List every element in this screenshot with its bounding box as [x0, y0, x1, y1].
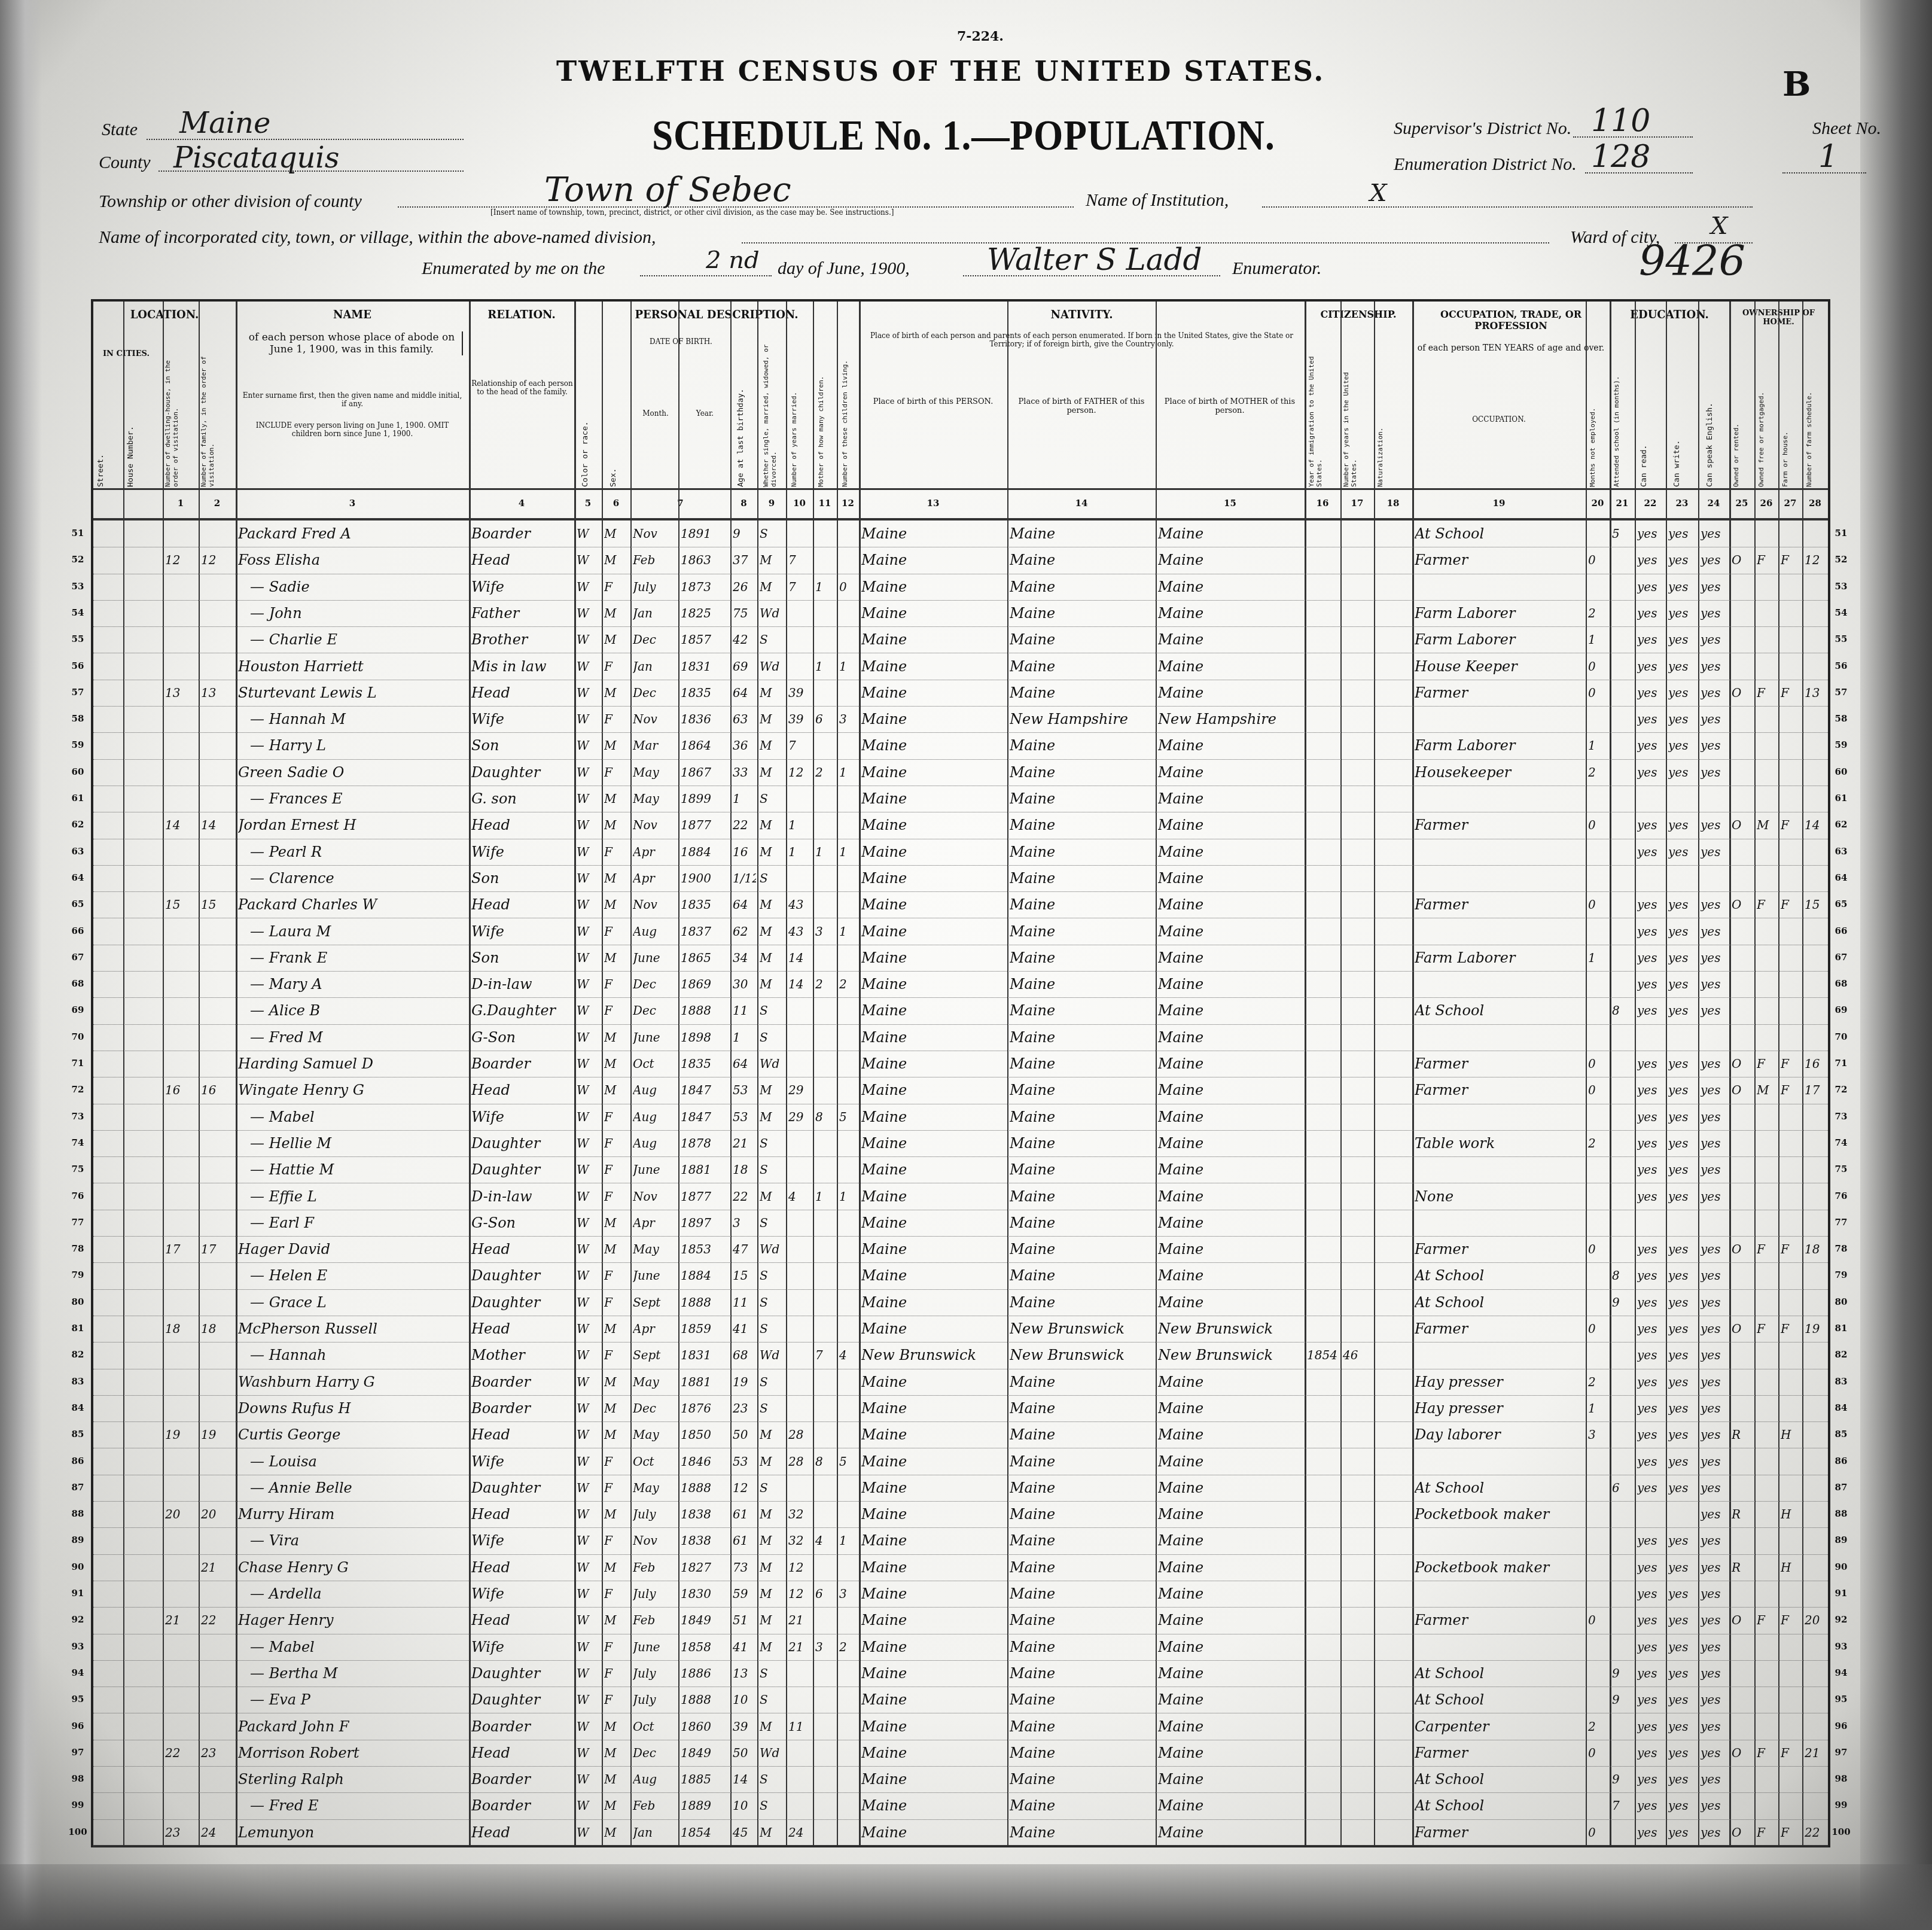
cell-school: 9 [1612, 1687, 1634, 1713]
cell-month: Dec [633, 626, 677, 653]
cell-occupation: At School [1415, 1660, 1584, 1687]
cell-father: Maine [1010, 1554, 1154, 1581]
cell-yrs-married: 7 [788, 574, 812, 600]
state-label: State [102, 120, 138, 140]
cell-mother: Maine [1158, 1740, 1303, 1766]
cell-color: W [577, 1448, 601, 1475]
header-naturalization: Naturalization. [1376, 349, 1384, 487]
cell-speak: yes [1701, 1634, 1728, 1660]
line-number: 85 [1829, 1429, 1853, 1439]
cell-write: yes [1668, 1421, 1697, 1448]
header-age: Age at last birthday. [736, 337, 745, 487]
cell-father: Maine [1010, 1660, 1154, 1687]
cell-sex: M [604, 1395, 629, 1421]
table-row: Harding Samuel DBoarderWMOct183564WdMain… [93, 1051, 1828, 1077]
cell-marital: S [760, 786, 785, 812]
cell-relation: Wife [471, 1581, 573, 1607]
cell-read: yes [1637, 891, 1665, 918]
cell-write: yes [1668, 1077, 1697, 1103]
line-number: 61 [66, 793, 90, 803]
cell-mother-of: 6 [815, 1581, 836, 1607]
cell-year: 1900 [681, 865, 729, 891]
cell-month: Nov [633, 1527, 677, 1554]
header-location: LOCATION. [93, 309, 236, 321]
header-street: Street. [96, 367, 105, 487]
cell-year: 1863 [681, 547, 729, 573]
cell-relation: Boarder [471, 1713, 573, 1740]
cell-farm: H [1781, 1554, 1801, 1581]
cell-relation: Wife [471, 1104, 573, 1130]
cell-father: Maine [1010, 1687, 1154, 1713]
cell-age: 64 [733, 891, 756, 918]
cell-living: 5 [839, 1104, 858, 1130]
cell-marital: S [760, 1210, 785, 1236]
cell-relation: Head [471, 1316, 573, 1342]
line-number: 55 [66, 634, 90, 644]
line-number: 70 [1829, 1031, 1853, 1042]
table-row: — SadieWifeWFJuly187326M710MaineMaineMai… [93, 574, 1828, 601]
cell-dwelling: 17 [165, 1236, 197, 1262]
table-row: — ArdellaWifeWFJuly183059M1263MaineMaine… [93, 1581, 1828, 1608]
cell-birth: Maine [861, 1527, 1006, 1554]
cell-occupation: Farmer [1415, 547, 1584, 573]
population-schedule-table: LOCATION. IN CITIES. NAME of each person… [91, 299, 1830, 1847]
table-row: — Annie BelleDaughterWFMay188812SMaineMa… [93, 1475, 1828, 1502]
cell-age: 42 [733, 626, 756, 653]
line-number: 96 [1829, 1721, 1853, 1731]
cell-month: Jan [633, 653, 677, 680]
cell-year: 1830 [681, 1581, 729, 1607]
header-sex: Sex. [609, 367, 618, 487]
cell-relation: Head [471, 1501, 573, 1527]
cell-color: W [577, 1819, 601, 1846]
cell-birth: Maine [861, 1024, 1006, 1051]
cell-speak: yes [1701, 971, 1728, 997]
cell-mother: Maine [1158, 759, 1303, 786]
cell-write: yes [1668, 891, 1697, 918]
line-number: 59 [66, 739, 90, 750]
cell-occupation: House Keeper [1415, 653, 1584, 680]
table-row: Packard Fred ABoarderWMNov18919SMaineMai… [93, 520, 1828, 547]
cell-read: yes [1637, 600, 1665, 626]
cell-sex: M [604, 1792, 629, 1819]
cell-mother: Maine [1158, 1051, 1303, 1077]
line-number: 67 [66, 952, 90, 963]
cell-read: yes [1637, 520, 1665, 547]
table-row: — ClarenceSonWMApr19001/12SMaineMaineMai… [93, 865, 1828, 892]
cell-dwelling: 18 [165, 1316, 197, 1342]
cell-relation: Daughter [471, 1156, 573, 1183]
cell-month: Aug [633, 1766, 677, 1792]
cell-write: yes [1668, 1687, 1697, 1713]
cell-marital: S [760, 865, 785, 891]
cell-father: Maine [1010, 918, 1154, 945]
cell-relation: Boarder [471, 1395, 573, 1421]
cell-marital: M [760, 1448, 785, 1475]
table-row: Houston HarriettMis in lawWFJan183169Wd1… [93, 653, 1828, 680]
cell-sex: F [604, 1527, 629, 1554]
cell-dwelling: 14 [165, 812, 197, 838]
cell-name: Jordan Ernest H [238, 812, 468, 838]
cell-name: — Ardella [238, 1581, 480, 1607]
cell-mother: Maine [1158, 1104, 1303, 1130]
cell-farm: F [1781, 1607, 1801, 1633]
cell-marital: M [760, 971, 785, 997]
cell-sex: M [604, 1369, 629, 1395]
cell-year: 1867 [681, 759, 729, 786]
cell-mother-of: 3 [815, 1634, 836, 1660]
cell-family: 20 [201, 1501, 234, 1527]
cell-age: 73 [733, 1554, 756, 1581]
cell-name: — Clarence [238, 865, 480, 891]
cell-unemployed: 2 [1588, 600, 1608, 626]
cell-age: 12 [733, 1475, 756, 1501]
cell-mother: Maine [1158, 1501, 1303, 1527]
cell-living: 3 [839, 706, 858, 732]
line-number: 83 [1829, 1376, 1853, 1387]
cell-sex: M [604, 600, 629, 626]
column-number: 26 [1754, 498, 1778, 509]
column-number: 11 [813, 498, 837, 509]
cell-mother: Maine [1158, 1369, 1303, 1395]
cell-color: W [577, 1077, 601, 1103]
cell-unemployed: 0 [1588, 812, 1608, 838]
cell-free: F [1757, 547, 1777, 573]
cell-speak: yes [1701, 1104, 1728, 1130]
cell-month: Aug [633, 918, 677, 945]
cell-sex: M [604, 1501, 629, 1527]
cell-name: — Grace L [238, 1289, 480, 1316]
cell-speak: yes [1701, 1236, 1728, 1262]
cell-living: 2 [839, 971, 858, 997]
cell-speak: yes [1701, 1342, 1728, 1368]
cell-read: yes [1637, 626, 1665, 653]
cell-birth: Maine [861, 626, 1006, 653]
cell-dwelling: 21 [165, 1607, 197, 1633]
cell-write: yes [1668, 1369, 1697, 1395]
cell-father: New Hampshire [1010, 706, 1154, 732]
cell-sched: 17 [1805, 1077, 1827, 1103]
header-years-in-us: Number of years in the United States. [1342, 349, 1358, 487]
cell-year: 1898 [681, 1024, 729, 1051]
header-birth-mother: Place of birth of MOTHER of this person. [1156, 397, 1304, 415]
cell-mother: Maine [1158, 865, 1303, 891]
cell-mother: Maine [1158, 891, 1303, 918]
cell-occupation: At School [1415, 520, 1584, 547]
cell-name: — Mabel [238, 1104, 480, 1130]
cell-name: — John [238, 600, 480, 626]
cell-marital: S [760, 1660, 785, 1687]
cell-age: 22 [733, 812, 756, 838]
cell-unemployed: 0 [1588, 1740, 1608, 1766]
cell-father: Maine [1010, 1634, 1154, 1660]
cell-name: — Mary A [238, 971, 480, 997]
cell-family: 24 [201, 1819, 234, 1846]
cell-relation: Wife [471, 1634, 573, 1660]
cell-sex: M [604, 1077, 629, 1103]
column-number: 22 [1635, 498, 1666, 509]
header-education: EDUCATION. [1610, 309, 1729, 321]
cell-name: Wingate Henry G [238, 1077, 468, 1103]
cell-yrs-us: 46 [1343, 1342, 1373, 1368]
table-row: — Frank ESonWMJune186534M14MaineMaineMai… [93, 945, 1828, 972]
cell-year: 1878 [681, 1130, 729, 1156]
cell-speak: yes [1701, 1766, 1728, 1792]
cell-year: 1858 [681, 1634, 729, 1660]
cell-month: Dec [633, 680, 677, 706]
cell-color: W [577, 1713, 601, 1740]
cell-read: yes [1637, 1687, 1665, 1713]
cell-free: F [1757, 1607, 1777, 1633]
cell-father: Maine [1010, 891, 1154, 918]
cell-speak: yes [1701, 1077, 1728, 1103]
cell-birth: Maine [861, 1236, 1006, 1262]
cell-month: Oct [633, 1051, 677, 1077]
cell-month: Apr [633, 865, 677, 891]
table-row: — Alice BG.DaughterWFDec188811SMaineMain… [93, 997, 1828, 1024]
cell-month: June [633, 1156, 677, 1183]
cell-yrs-married: 39 [788, 706, 812, 732]
table-row: 1919Curtis GeorgeHeadWMMay185050M28Maine… [93, 1421, 1828, 1448]
cell-read: yes [1637, 1554, 1665, 1581]
line-number: 54 [66, 607, 90, 618]
cell-age: 16 [733, 839, 756, 865]
cell-occupation: Farmer [1415, 1316, 1584, 1342]
cell-mother: Maine [1158, 918, 1303, 945]
cell-color: W [577, 865, 601, 891]
cell-age: 33 [733, 759, 756, 786]
cell-father: Maine [1010, 812, 1154, 838]
cell-birth: Maine [861, 1130, 1006, 1156]
cell-marital: M [760, 732, 785, 759]
line-number: 58 [66, 713, 90, 724]
cell-unemployed: 1 [1588, 626, 1608, 653]
cell-write: yes [1668, 1156, 1697, 1183]
header-occupation-desc: of each person TEN YEARS of age and over… [1415, 343, 1607, 353]
cell-occupation: Farmer [1415, 1740, 1584, 1766]
cell-name: McPherson Russell [238, 1316, 468, 1342]
line-number: 75 [66, 1164, 90, 1174]
cell-mother: Maine [1158, 680, 1303, 706]
column-number: 2 [199, 498, 236, 509]
header-months-unemployed: Months not employed. [1589, 361, 1596, 487]
header-immigration-year: Year of immigration to the United States… [1308, 349, 1323, 487]
table-row: — MabelWifeWFJune185841M2132MaineMaineMa… [93, 1634, 1828, 1661]
cell-sex: M [604, 1236, 629, 1262]
cell-year: 1827 [681, 1554, 729, 1581]
cell-marital: S [760, 1395, 785, 1421]
line-number: 95 [1829, 1694, 1853, 1704]
cell-mother: Maine [1158, 1634, 1303, 1660]
cell-marital: M [760, 706, 785, 732]
cell-read: yes [1637, 1581, 1665, 1607]
cell-sex: F [604, 839, 629, 865]
cell-marital: S [760, 1024, 785, 1051]
cell-month: July [633, 574, 677, 600]
header-nativity-desc: Place of birth of each person and parent… [865, 331, 1299, 348]
cell-sex: F [604, 706, 629, 732]
cell-name: — Hattie M [238, 1156, 480, 1183]
cell-age: 26 [733, 574, 756, 600]
cell-father: Maine [1010, 732, 1154, 759]
enumerated-day: 2 nd [706, 246, 760, 274]
cell-sex: M [604, 1819, 629, 1846]
incorporated-label: Name of incorporated city, town, or vill… [99, 227, 656, 248]
cell-relation: Brother [471, 626, 573, 653]
cell-mother-of: 6 [815, 706, 836, 732]
line-number: 84 [66, 1402, 90, 1413]
cell-occupation: At School [1415, 1687, 1584, 1713]
column-number: 13 [859, 498, 1007, 509]
cell-speak: yes [1701, 1554, 1728, 1581]
cell-mother: Maine [1158, 732, 1303, 759]
cell-speak: yes [1701, 680, 1728, 706]
cell-month: May [633, 786, 677, 812]
cell-relation: Daughter [471, 1660, 573, 1687]
table-row: 2324LemunyonHeadWMJan185445M24MaineMaine… [93, 1819, 1828, 1846]
cell-occupation: Farmer [1415, 1051, 1584, 1077]
cell-mother: Maine [1158, 1475, 1303, 1501]
cell-own: R [1732, 1421, 1753, 1448]
table-row: 1414Jordan Ernest HHeadWMNov187722M1Main… [93, 812, 1828, 839]
cell-read: yes [1637, 1262, 1665, 1289]
cell-occupation: At School [1415, 1475, 1584, 1501]
cell-unemployed: 2 [1588, 1369, 1608, 1395]
cell-year: 1835 [681, 1051, 729, 1077]
cell-father: Maine [1010, 1713, 1154, 1740]
cell-year: 1825 [681, 600, 729, 626]
cell-name: Downs Rufus H [238, 1395, 468, 1421]
cell-marital: M [760, 1183, 785, 1210]
cell-occupation: Farmer [1415, 680, 1584, 706]
cell-relation: Head [471, 812, 573, 838]
cell-name: Lemunyon [238, 1819, 468, 1846]
line-number: 66 [1829, 926, 1853, 936]
cell-birth: Maine [861, 918, 1006, 945]
cell-sex: F [604, 1156, 629, 1183]
cell-school: 7 [1612, 1792, 1634, 1819]
cell-father: Maine [1010, 1475, 1154, 1501]
cell-age: 15 [733, 1262, 756, 1289]
cell-speak: yes [1701, 1740, 1728, 1766]
cell-free: M [1757, 812, 1777, 838]
cell-yrs-married: 29 [788, 1104, 812, 1130]
cell-read: yes [1637, 1289, 1665, 1316]
line-number: 63 [1829, 846, 1853, 857]
cell-write: yes [1668, 1554, 1697, 1581]
cell-write: yes [1668, 1236, 1697, 1262]
cell-mother: New Brunswick [1158, 1316, 1303, 1342]
cell-name: Packard John F [238, 1713, 468, 1740]
cell-occupation: Farm Laborer [1415, 945, 1584, 971]
header-personal-description: PERSONAL DESCRIPTION. [574, 309, 859, 321]
cell-yrs-married: 12 [788, 1581, 812, 1607]
line-number: 88 [66, 1508, 90, 1519]
line-number: 84 [1829, 1402, 1853, 1413]
cell-month: Oct [633, 1713, 677, 1740]
header-in-cities: IN CITIES. [93, 349, 159, 358]
table-row: Downs Rufus HBoarderWMDec187623SMaineMai… [93, 1395, 1828, 1422]
table-row: — Pearl RWifeWFApr188416M111MaineMaineMa… [93, 839, 1828, 866]
cell-marital: M [760, 945, 785, 971]
header-birth-person: Place of birth of this PERSON. [859, 397, 1007, 406]
cell-speak: yes [1701, 1051, 1728, 1077]
institution-line [1262, 206, 1753, 208]
header-dwelling: Number of dwelling-house, in the order o… [164, 337, 179, 487]
cell-mother-of: 1 [815, 653, 836, 680]
cell-write: yes [1668, 680, 1697, 706]
line-number: 53 [1829, 581, 1853, 592]
cell-own: O [1732, 1236, 1753, 1262]
cell-birth: Maine [861, 1792, 1006, 1819]
cell-father: Maine [1010, 759, 1154, 786]
cell-name: — Charlie E [238, 626, 480, 653]
cell-birth: Maine [861, 1713, 1006, 1740]
header-name-instr1: Enter surname first, then the given name… [242, 391, 463, 408]
cell-age: 47 [733, 1236, 756, 1262]
cell-birth: Maine [861, 786, 1006, 812]
cell-farm: F [1781, 547, 1801, 573]
header-mother-of: Mother of how many children. [817, 337, 825, 487]
cell-speak: yes [1701, 945, 1728, 971]
state-value: Maine [179, 106, 270, 140]
cell-write: yes [1668, 1527, 1697, 1554]
cell-family: 17 [201, 1236, 234, 1262]
cell-color: W [577, 706, 601, 732]
line-number: 70 [66, 1031, 90, 1042]
cell-speak: yes [1701, 839, 1728, 865]
cell-father: Maine [1010, 1740, 1154, 1766]
line-number: 89 [66, 1535, 90, 1545]
cell-sex: F [604, 1342, 629, 1368]
line-number: 97 [66, 1747, 90, 1758]
cell-name: Harding Samuel D [238, 1051, 468, 1077]
cell-sex: M [604, 1051, 629, 1077]
cell-month: July [633, 1687, 677, 1713]
cell-year: 1860 [681, 1713, 729, 1740]
line-number: 59 [1829, 739, 1853, 750]
header-children-living: Number of these children living. [841, 337, 849, 487]
cell-color: W [577, 918, 601, 945]
cell-year: 1836 [681, 706, 729, 732]
column-number: 12 [837, 498, 859, 509]
cell-marital: M [760, 1607, 785, 1633]
cell-father: Maine [1010, 1077, 1154, 1103]
cell-mother: Maine [1158, 1395, 1303, 1421]
cell-month: Dec [633, 971, 677, 997]
cell-sex: M [604, 1607, 629, 1633]
cell-year: 1847 [681, 1104, 729, 1130]
cell-father: Maine [1010, 1236, 1154, 1262]
cell-read: yes [1637, 839, 1665, 865]
cell-own: O [1732, 1051, 1753, 1077]
cell-unemployed: 0 [1588, 1607, 1608, 1633]
schedule-title: SCHEDULE No. 1.—POPULATION. [652, 111, 1275, 160]
line-number: 57 [1829, 687, 1853, 698]
line-number: 92 [1829, 1614, 1853, 1625]
cell-sex: M [604, 1554, 629, 1581]
cell-relation: Daughter [471, 759, 573, 786]
cell-farm: F [1781, 1316, 1801, 1342]
cell-birth: Maine [861, 1156, 1006, 1183]
cell-family: 18 [201, 1316, 234, 1342]
form-number: 7-224. [957, 29, 1004, 44]
cell-dwelling: 20 [165, 1501, 197, 1527]
cell-marital: S [760, 1369, 785, 1395]
cell-age: 1 [733, 1024, 756, 1051]
line-number: 86 [66, 1456, 90, 1466]
cell-relation: Head [471, 680, 573, 706]
